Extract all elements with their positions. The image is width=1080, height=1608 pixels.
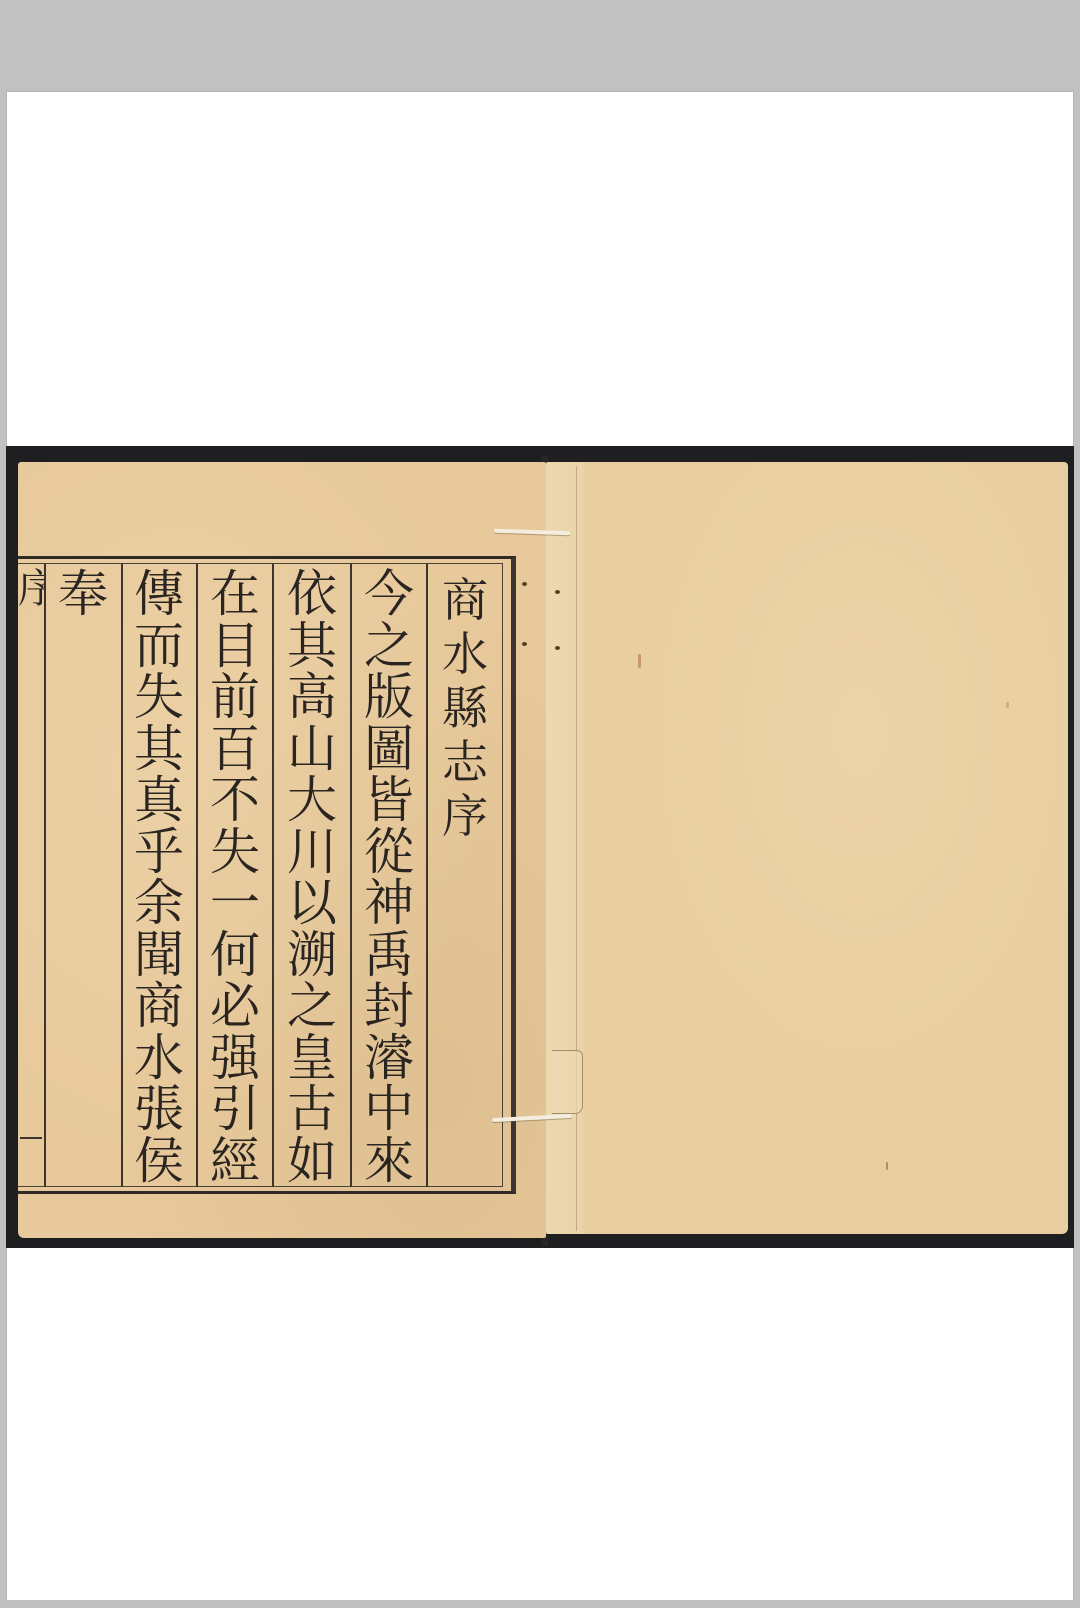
char: 商 [134,981,184,1033]
char: 百 [210,724,260,776]
column-rule [44,563,46,1187]
text-column-4: 在 目 前 百 不 失 一 何 必 强 引 經 [198,569,272,1187]
page-fold-line [576,466,577,1231]
char: 縣 [442,681,488,735]
char: 序 [18,567,44,611]
block-mark [20,1137,42,1139]
char: 古 [287,1084,337,1136]
right-page-blank [546,462,1068,1234]
char: 傳 [134,569,184,621]
char: 依 [287,569,337,621]
char: 張 [134,1084,184,1136]
stitch-hole [522,642,527,646]
torn-paper-patch [552,1050,583,1114]
char: 志 [442,735,488,789]
char: 今 [364,569,414,621]
preface-title-column: 商 水 縣 志 序 [428,573,502,843]
char: 在 [210,569,260,621]
viewer-toolbar [0,0,1080,90]
char: 乎 [134,827,184,879]
char: 强 [210,1033,260,1085]
char: 版 [364,672,414,724]
stitch-hole [555,590,560,594]
char: 之 [287,981,337,1033]
char: 大 [287,775,337,827]
stitch-hole [555,646,560,650]
printed-frame: 商 水 縣 志 序 今 之 版 圖 皆 從 神 禹 封 濬 中 來 [18,556,516,1194]
char: 圖 [364,724,414,776]
char: 川 [287,827,337,879]
left-page: 商 水 縣 志 序 今 之 版 圖 皆 從 神 禹 封 濬 中 來 [18,462,546,1238]
stitch-hole [522,582,527,586]
text-column-partial: 序 [18,567,44,611]
char: 聞 [134,930,184,982]
char: 禹 [364,930,414,982]
char: 侯 [134,1136,184,1188]
char: 來 [364,1136,414,1188]
char: 皇 [287,1033,337,1085]
char: 從 [364,827,414,879]
viewer-bottom-bar [0,1600,1080,1608]
char: 如 [287,1136,337,1188]
text-column-3: 依 其 高 山 大 川 以 溯 之 皇 古 如 [275,569,349,1187]
char: 序 [442,789,488,843]
char: 一 [210,878,260,930]
paper-stain [638,654,641,668]
char: 神 [364,878,414,930]
char: 其 [287,621,337,673]
char: 之 [364,621,414,673]
char: 不 [210,775,260,827]
char: 商 [442,573,488,627]
char: 真 [134,775,184,827]
char: 皆 [364,775,414,827]
text-column-5: 傳 而 失 其 真 乎 余 聞 商 水 張 侯 [122,569,196,1187]
char: 溯 [287,930,337,982]
book-scan-image: 商 水 縣 志 序 今 之 版 圖 皆 從 神 禹 封 濬 中 來 [6,446,1074,1248]
char: 山 [287,724,337,776]
paper-stain [886,1162,888,1170]
text-column-6: 奉 [46,569,120,621]
char: 目 [210,621,260,673]
char: 必 [210,981,260,1033]
char: 其 [134,724,184,776]
column-rule [272,563,274,1187]
char: 經 [210,1136,260,1188]
char: 余 [134,878,184,930]
char: 以 [287,878,337,930]
char: 濬 [364,1033,414,1085]
char: 失 [210,827,260,879]
char: 失 [134,672,184,724]
char: 水 [442,627,488,681]
char: 引 [210,1084,260,1136]
paper-stain [1006,702,1009,708]
char: 而 [134,621,184,673]
char: 中 [364,1084,414,1136]
text-column-2: 今 之 版 圖 皆 從 神 禹 封 濬 中 來 [352,569,426,1187]
char: 前 [210,672,260,724]
char: 水 [134,1033,184,1085]
char: 封 [364,981,414,1033]
char: 奉 [58,569,108,621]
char: 高 [287,672,337,724]
char: 何 [210,930,260,982]
